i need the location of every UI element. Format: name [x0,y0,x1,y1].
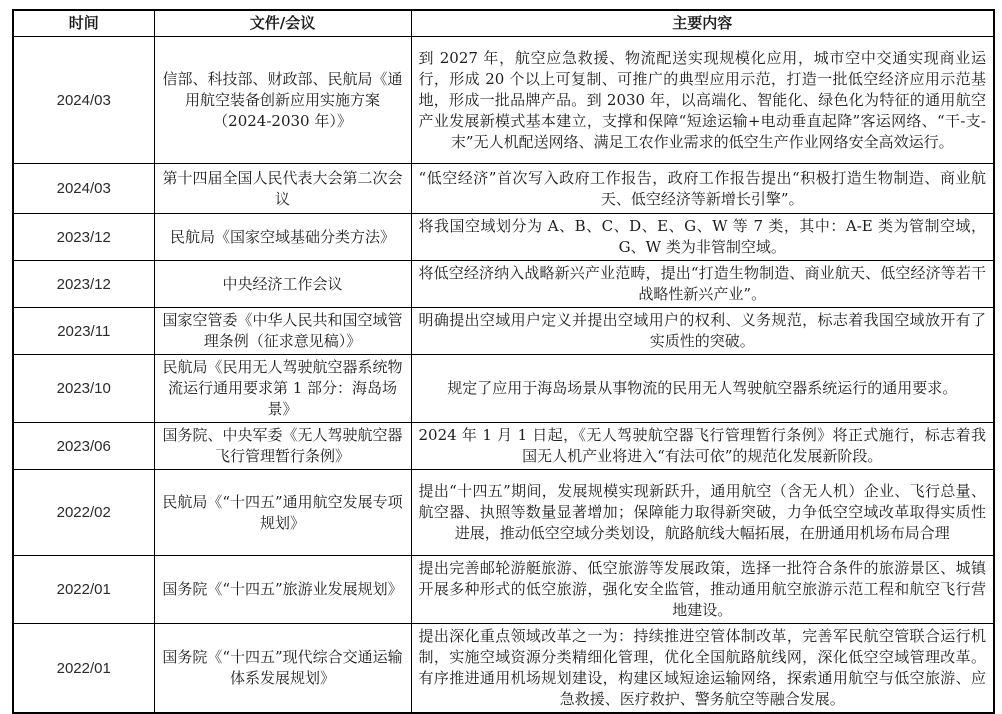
content-cell: 2024 年 1 月 1 日起，《无人驾驶航空器飞行管理暂行条例》将正式施行，标… [411,423,994,470]
time-cell: 2024/03 [13,37,154,164]
time-cell: 2023/11 [13,308,154,355]
table-header: 时间 文件/会议 主要内容 [13,10,994,37]
content-cell: 将我国空域划分为 A、B、C、D、E、G、W 等 7 类，其中：A-E 类为管制… [411,214,994,261]
document-cell: 国务院、中央军委《无人驾驶航空器飞行管理暂行条例》 [154,423,411,470]
column-header-time: 时间 [13,10,154,37]
table-row: 2023/12 中央经济工作会议 将低空经济纳入战略新兴产业范畴，提出“打造生物… [13,261,994,308]
content-cell: 提出深化重点领域改革之一为：持续推进空管体制改革，完善军民航空管联合运行机制，实… [411,624,994,714]
document-page: 时间 文件/会议 主要内容 2024/03 信部、科技部、财政部、民航局《通用航… [0,0,1002,684]
content-cell: 规定了应用于海岛场景从事物流的民用无人驾驶航空器系统运行的通用要求。 [411,355,994,423]
column-header-document: 文件/会议 [154,10,411,37]
time-cell: 2023/12 [13,214,154,261]
table-row: 2024/03 第十四届全国人民代表大会第二次会议 “低空经济”首次写入政府工作… [13,164,994,214]
content-cell: 提出“十四五”期间，发展规模实现新跃升，通用航空（含无人机）企业、飞行总量、航空… [411,470,994,556]
document-cell: 国家空管委《中华人民共和国空域管理条例（征求意见稿）》 [154,308,411,355]
header-row: 时间 文件/会议 主要内容 [13,10,994,37]
table-row: 2022/01 国务院《“十四五”旅游业发展规划》 提出完善邮轮游艇旅游、低空旅… [13,556,994,624]
document-cell: 国务院《“十四五”现代综合交通运输体系发展规划》 [154,624,411,714]
content-cell: 明确提出空域用户定义并提出空域用户的权利、义务规范，标志着我国空域放开有了实质性… [411,308,994,355]
content-cell: 到 2027 年，航空应急救援、物流配送实现规模化应用，城市空中交通实现商业运行… [411,37,994,164]
document-cell: 信部、科技部、财政部、民航局《通用航空装备创新应用实施方案（2024-2030 … [154,37,411,164]
table-row: 2023/10 民航局《民用无人驾驶航空器系统物流运行通用要求第 1 部分：海岛… [13,355,994,423]
table-row: 2022/02 民航局《“十四五”通用航空发展专项规划》 提出“十四五”期间，发… [13,470,994,556]
time-cell: 2022/01 [13,624,154,714]
table-row: 2024/03 信部、科技部、财政部、民航局《通用航空装备创新应用实施方案（20… [13,37,994,164]
time-cell: 2023/10 [13,355,154,423]
content-cell: “低空经济”首次写入政府工作报告，政府工作报告提出“积极打造生物制造、商业航天、… [411,164,994,214]
time-cell: 2024/03 [13,164,154,214]
document-cell: 民航局《民用无人驾驶航空器系统物流运行通用要求第 1 部分：海岛场景》 [154,355,411,423]
time-cell: 2022/02 [13,470,154,556]
table-row: 2023/11 国家空管委《中华人民共和国空域管理条例（征求意见稿）》 明确提出… [13,308,994,355]
time-cell: 2023/06 [13,423,154,470]
table-row: 2023/06 国务院、中央军委《无人驾驶航空器飞行管理暂行条例》 2024 年… [13,423,994,470]
content-cell: 提出完善邮轮游艇旅游、低空旅游等发展政策，选择一批符合条件的旅游景区、城镇开展多… [411,556,994,624]
document-cell: 民航局《“十四五”通用航空发展专项规划》 [154,470,411,556]
policy-timeline-table: 时间 文件/会议 主要内容 2024/03 信部、科技部、财政部、民航局《通用航… [12,9,995,714]
time-cell: 2022/01 [13,556,154,624]
column-header-content: 主要内容 [411,10,994,37]
time-cell: 2023/12 [13,261,154,308]
table-row: 2022/01 国务院《“十四五”现代综合交通运输体系发展规划》 提出深化重点领… [13,624,994,714]
table-row: 2023/12 民航局《国家空域基础分类方法》 将我国空域划分为 A、B、C、D… [13,214,994,261]
document-cell: 民航局《国家空域基础分类方法》 [154,214,411,261]
document-cell: 国务院《“十四五”旅游业发展规划》 [154,556,411,624]
document-cell: 第十四届全国人民代表大会第二次会议 [154,164,411,214]
content-cell: 将低空经济纳入战略新兴产业范畴，提出“打造生物制造、商业航天、低空经济等若干战略… [411,261,994,308]
table-body: 2024/03 信部、科技部、财政部、民航局《通用航空装备创新应用实施方案（20… [13,37,994,714]
document-cell: 中央经济工作会议 [154,261,411,308]
